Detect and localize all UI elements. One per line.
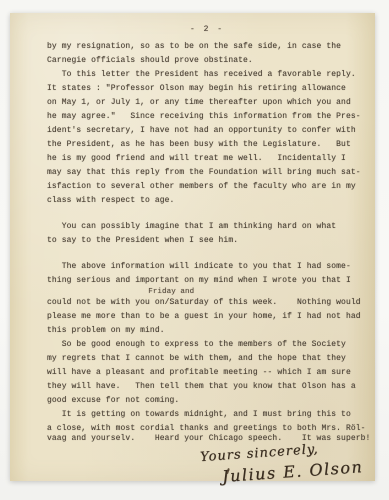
letter-line: they will have. Then tell them that you … bbox=[47, 380, 367, 394]
letter-line: The above information will indicate to y… bbox=[47, 260, 367, 274]
letter-line: It states : "Professor Olson may begin h… bbox=[47, 82, 367, 96]
letter-line: could not be with you on/Saturday of thi… bbox=[47, 296, 367, 310]
letter-line: To this letter the President has receive… bbox=[47, 68, 367, 82]
letter-line: by my resignation, so as to be on the sa… bbox=[47, 40, 367, 54]
letter-line: Friday and bbox=[47, 288, 367, 296]
letter-line: he is my good friend and will treat me w… bbox=[47, 152, 367, 166]
scan-backdrop: - 2 - by my resignation, so as to be on … bbox=[0, 0, 389, 500]
letter-line: You can possibly imagine that I am think… bbox=[47, 220, 367, 234]
letter-line: So be good enough to express to the memb… bbox=[47, 338, 367, 352]
letter-line: on May 1, or July 1, or any time thereaf… bbox=[47, 96, 367, 110]
paragraph-block: by my resignation, so as to be on the sa… bbox=[47, 40, 367, 208]
letter-line: class with respect to age. bbox=[47, 194, 367, 208]
letter-line: Carnegie officials should prove obstinat… bbox=[47, 54, 367, 68]
letter-line: this problem on my mind. bbox=[47, 324, 367, 338]
letter-line: to say to the President when I see him. bbox=[47, 234, 367, 248]
letter-line: may say that this reply from the Foundat… bbox=[47, 166, 367, 180]
letter-line: my regrets that I cannot be with them, a… bbox=[47, 352, 367, 366]
paragraph-block: The above information will indicate to y… bbox=[47, 260, 367, 446]
letter-line: good excuse for not coming. bbox=[47, 394, 367, 408]
letter-page: - 2 - by my resignation, so as to be on … bbox=[10, 13, 375, 481]
page-number: - 2 - bbox=[47, 25, 367, 34]
letter-line: thing serious and important on my mind w… bbox=[47, 274, 367, 288]
letter-body: by my resignation, so as to be on the sa… bbox=[47, 40, 367, 446]
letter-line: the President, as he has been busy with … bbox=[47, 138, 367, 152]
letter-line: It is getting on towards midnight, and I… bbox=[47, 408, 367, 422]
letter-line: will have a pleasant and profitable meet… bbox=[47, 366, 367, 380]
letter-line: please me more than to be a guest in you… bbox=[47, 310, 367, 324]
letter-line: ident's secretary, I have not had an opp… bbox=[47, 124, 367, 138]
letter-line: he may agree." Since receiving this info… bbox=[47, 110, 367, 124]
letter-line: isfaction to several other members of th… bbox=[47, 180, 367, 194]
paragraph-block: You can possibly imagine that I am think… bbox=[47, 220, 367, 248]
letter-line: vaag and yourselv. Heard your Chicago sp… bbox=[47, 432, 367, 446]
